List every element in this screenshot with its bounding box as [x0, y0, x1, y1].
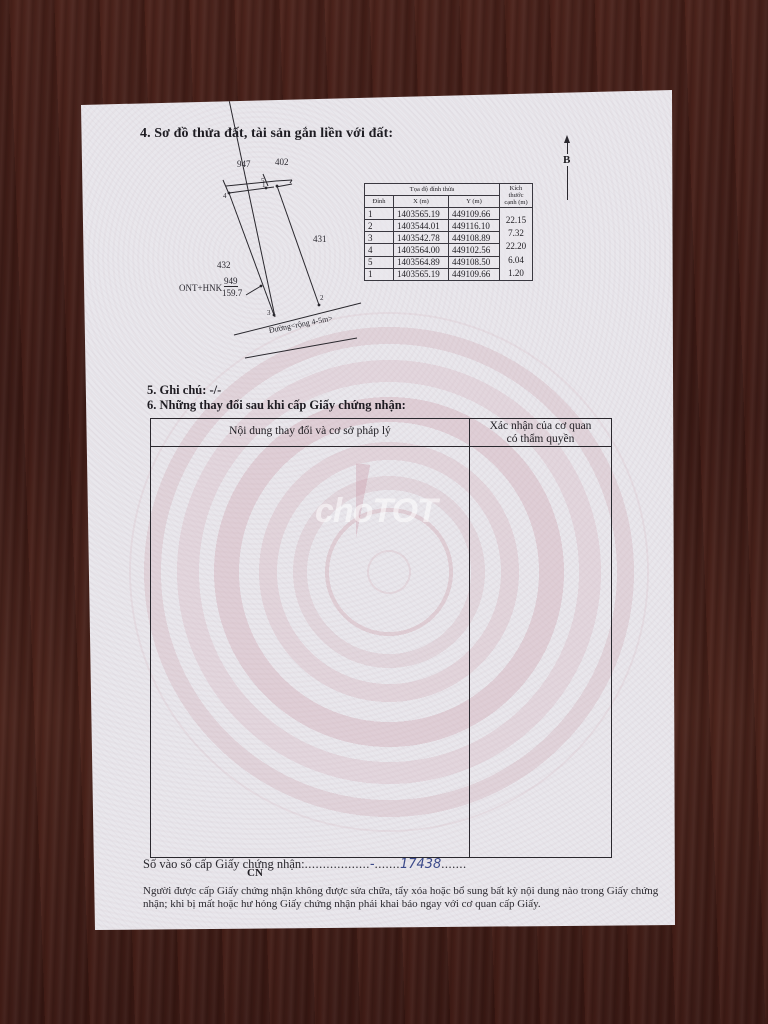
- neighbor-parcel-431: 431: [313, 234, 327, 244]
- edge-size-header: Kích thước cạnh (m): [500, 184, 533, 208]
- vertex-label-4: 4: [223, 192, 227, 200]
- registry-number-line: Số vào sổ cấp Giấy chứng nhận:..........…: [143, 857, 467, 872]
- chotot-watermark: choTOT: [315, 492, 437, 531]
- coords-group-header: Tọa độ đỉnh thửa: [365, 184, 500, 196]
- registry-dots-mid: .......: [375, 857, 400, 871]
- edge-length: 6.04: [503, 254, 529, 267]
- vertex-label-3: 3: [267, 309, 271, 317]
- col-header-y: Y (m): [449, 196, 500, 208]
- registry-label: Số vào sổ cấp Giấy chứng nhận:: [143, 857, 305, 871]
- cell-y: 449109.66: [449, 268, 500, 280]
- vertex-label-2: 2: [320, 294, 324, 302]
- authority-header-line-1: Xác nhận của cơ quan: [470, 420, 611, 433]
- cell-dinh: 5: [365, 256, 394, 268]
- cell-y: 449109.66: [449, 208, 500, 220]
- vertex-coordinates-table: Tọa độ đỉnh thửa Kích thước cạnh (m) Đỉn…: [364, 183, 533, 281]
- parcel-area: 159.7: [222, 288, 242, 298]
- cell-x: 1403565.19: [394, 268, 449, 280]
- authority-confirmation-header: Xác nhận của cơ quan có thẩm quyền: [470, 420, 611, 446]
- registry-prefix: CN: [247, 867, 263, 879]
- cell-x: 1403565.19: [394, 208, 449, 220]
- edge-length: 22.15: [503, 214, 529, 227]
- col-header-dinh: Đỉnh: [365, 196, 394, 208]
- cell-x: 1403544.01: [394, 220, 449, 232]
- edge-length: 22.20: [503, 240, 529, 253]
- edge-lengths-cell: 22.15 7.32 22.20 6.04 1.20: [500, 208, 533, 281]
- neighbor-parcel-402: 402: [275, 157, 289, 167]
- cell-dinh: 1: [365, 208, 394, 220]
- col-header-x: X (m): [394, 196, 449, 208]
- cell-dinh: 4: [365, 244, 394, 256]
- cell-y: 449116.10: [449, 220, 500, 232]
- parcel-land-type: ONT+HNK: [179, 283, 222, 293]
- registry-dots-end: .......: [441, 857, 466, 871]
- cell-y: 449108.89: [449, 232, 500, 244]
- changes-table: Nội dung thay đổi và cơ sở pháp lý Xác n…: [150, 418, 612, 858]
- cell-x: 1403542.78: [394, 232, 449, 244]
- certificate-page: 4. Sơ đồ thửa đất, tài sản gắn liền với …: [81, 90, 675, 930]
- section-5-notes: 5. Ghi chú: -/-: [147, 383, 221, 398]
- cell-dinh: 1: [365, 268, 394, 280]
- parcel-number: 949: [224, 277, 238, 287]
- changes-content-header: Nội dung thay đổi và cơ sở pháp lý: [151, 425, 469, 437]
- cell-y: 449108.50: [449, 256, 500, 268]
- column-divider: [469, 419, 470, 857]
- cell-dinh: 2: [365, 220, 394, 232]
- registry-dots: ..................: [305, 857, 370, 871]
- vertex-label-5: 5: [261, 177, 265, 185]
- table-row: 1 1403565.19 449109.66 22.15 7.32 22.20 …: [365, 208, 533, 220]
- cell-y: 449102.56: [449, 244, 500, 256]
- cell-x: 1403564.89: [394, 256, 449, 268]
- cell-dinh: 3: [365, 232, 394, 244]
- certificate-notice: Người được cấp Giấy chứng nhận không đượ…: [143, 885, 663, 911]
- header-divider: [151, 446, 611, 447]
- section-6-title: 6. Những thay đổi sau khi cấp Giấy chứng…: [147, 398, 406, 413]
- registry-number-handwritten: 17438: [400, 857, 441, 872]
- neighbor-parcel-947: 947: [237, 159, 251, 169]
- authority-header-line-2: có thẩm quyền: [470, 433, 611, 446]
- cell-x: 1403564.00: [394, 244, 449, 256]
- edge-length: 7.32: [503, 227, 529, 240]
- edge-length: 1.20: [503, 267, 529, 280]
- neighbor-parcel-432: 432: [217, 260, 231, 270]
